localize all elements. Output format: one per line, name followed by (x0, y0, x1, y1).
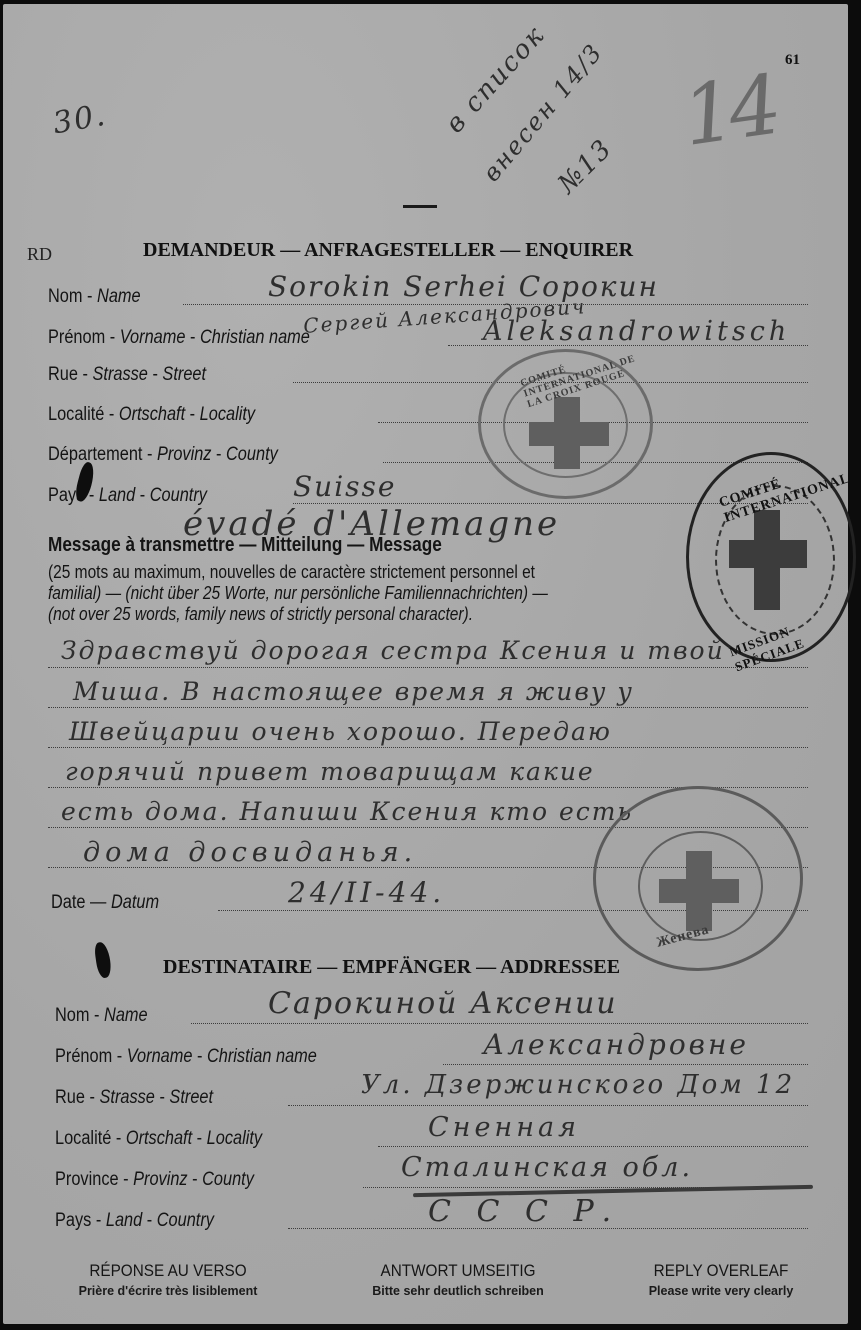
divider-dash (403, 205, 437, 208)
note-line: №13 (552, 133, 618, 199)
message-line: дома досвиданья. (83, 837, 417, 868)
red-cross-message-form: 61 30. в список внесен 14/3 №13 14 RD DE… (3, 4, 848, 1324)
page-number: 61 (785, 52, 800, 69)
label-addressee-nom: Nom - Name (55, 1005, 148, 1027)
damage-hole (94, 941, 113, 979)
label-addressee-localite: Localité - Ortschaft - Locality (55, 1128, 262, 1150)
label-nom: Nom - Name (48, 286, 141, 308)
label-rue: Rue - Strasse - Street (48, 364, 206, 386)
dotline (288, 1105, 808, 1106)
footer-reply-en: REPLY OVERLEAF Please write very clearly (601, 1261, 841, 1298)
pencil-mark: 14 (677, 58, 782, 165)
addressee-heading: DESTINATAIRE — EMPFÄNGER — ADDRESSEE (163, 956, 620, 979)
footer-sub: Prière d'écrire très lisiblement (43, 1284, 293, 1298)
addressee-street-value[interactable]: Ул. Дзержинского Дом 12 (361, 1070, 795, 1100)
footer-title: REPLY OVERLEAF (613, 1261, 829, 1281)
addressee-country-value[interactable]: С С С Р. (428, 1194, 619, 1229)
dotline (378, 1146, 808, 1147)
corner-code: RD (27, 244, 52, 265)
footer-sub: Please write very clearly (601, 1284, 841, 1298)
addressee-province-value[interactable]: Сталинская обл. (401, 1152, 693, 1183)
diagonal-note: в список внесен 14/3 №13 (443, 44, 683, 214)
enquirer-country-value[interactable]: Suisse (293, 470, 396, 503)
label-prenom: Prénom - Vorname - Christian name (48, 327, 310, 349)
enquirer-heading: DEMANDEUR — ANFRAGESTELLER — ENQUIRER (143, 239, 633, 262)
message-line: Здравствуй дорогая сестра Ксения и твой (61, 636, 725, 665)
stamp-zheneva-icon: Женева (593, 786, 803, 971)
message-heading: Message à transmettre — Mitteilung — Mes… (48, 534, 442, 557)
dotline (48, 707, 808, 708)
footer-title: ANTWORT UMSEITIG (346, 1261, 571, 1281)
annotation-number: 30. (50, 98, 109, 142)
label-localite: Localité - Ortschaft - Locality (48, 404, 255, 426)
dotline (48, 667, 808, 668)
label-date: Date — Datum (51, 892, 159, 914)
message-line: горячий привет товарищам какие (65, 757, 595, 786)
dotline (443, 1064, 808, 1065)
stamp-geneve-icon: COMITÉ INTERNATIONAL DE LA CROIX ROUGE (478, 349, 653, 499)
label-departement: Département - Provinz - County (48, 444, 278, 466)
message-line: Миша. В настоящее время я живу у (73, 677, 634, 706)
footer-sub: Bitte sehr deutlich schreiben (333, 1284, 583, 1298)
message-line: Швейцарии очень хорошо. Передаю (69, 717, 612, 746)
addressee-prenom-value[interactable]: Александровне (483, 1028, 749, 1061)
addressee-locality-value[interactable]: Сненная (428, 1112, 580, 1143)
label-addressee-province: Province - Provinz - County (55, 1169, 254, 1191)
enquirer-name-value[interactable]: Sorokin Serhei Сорокин (268, 270, 659, 303)
stamp-mission-speciale-icon: COMITÉ INTERNATIONAL MISSION SPÉCIALE (686, 452, 856, 662)
date-value[interactable]: 24/II-44. (288, 876, 445, 909)
addressee-name-value[interactable]: Сарокиной Аксении (268, 986, 618, 1021)
label-addressee-prenom: Prénom - Vorname - Christian name (55, 1046, 317, 1068)
footer-title: RÉPONSE AU VERSO (56, 1261, 281, 1281)
footer-reply-de: ANTWORT UMSEITIG Bitte sehr deutlich sch… (333, 1261, 583, 1298)
label-addressee-rue: Rue - Strasse - Street (55, 1087, 213, 1109)
message-line: есть дома. Напиши Ксения кто есть (61, 797, 633, 826)
footer-reply-fr: RÉPONSE AU VERSO Prière d'écrire très li… (43, 1261, 293, 1298)
label-addressee-pays: Pays - Land - Country (55, 1210, 214, 1232)
dotline (48, 747, 808, 748)
dotline (191, 1023, 808, 1024)
